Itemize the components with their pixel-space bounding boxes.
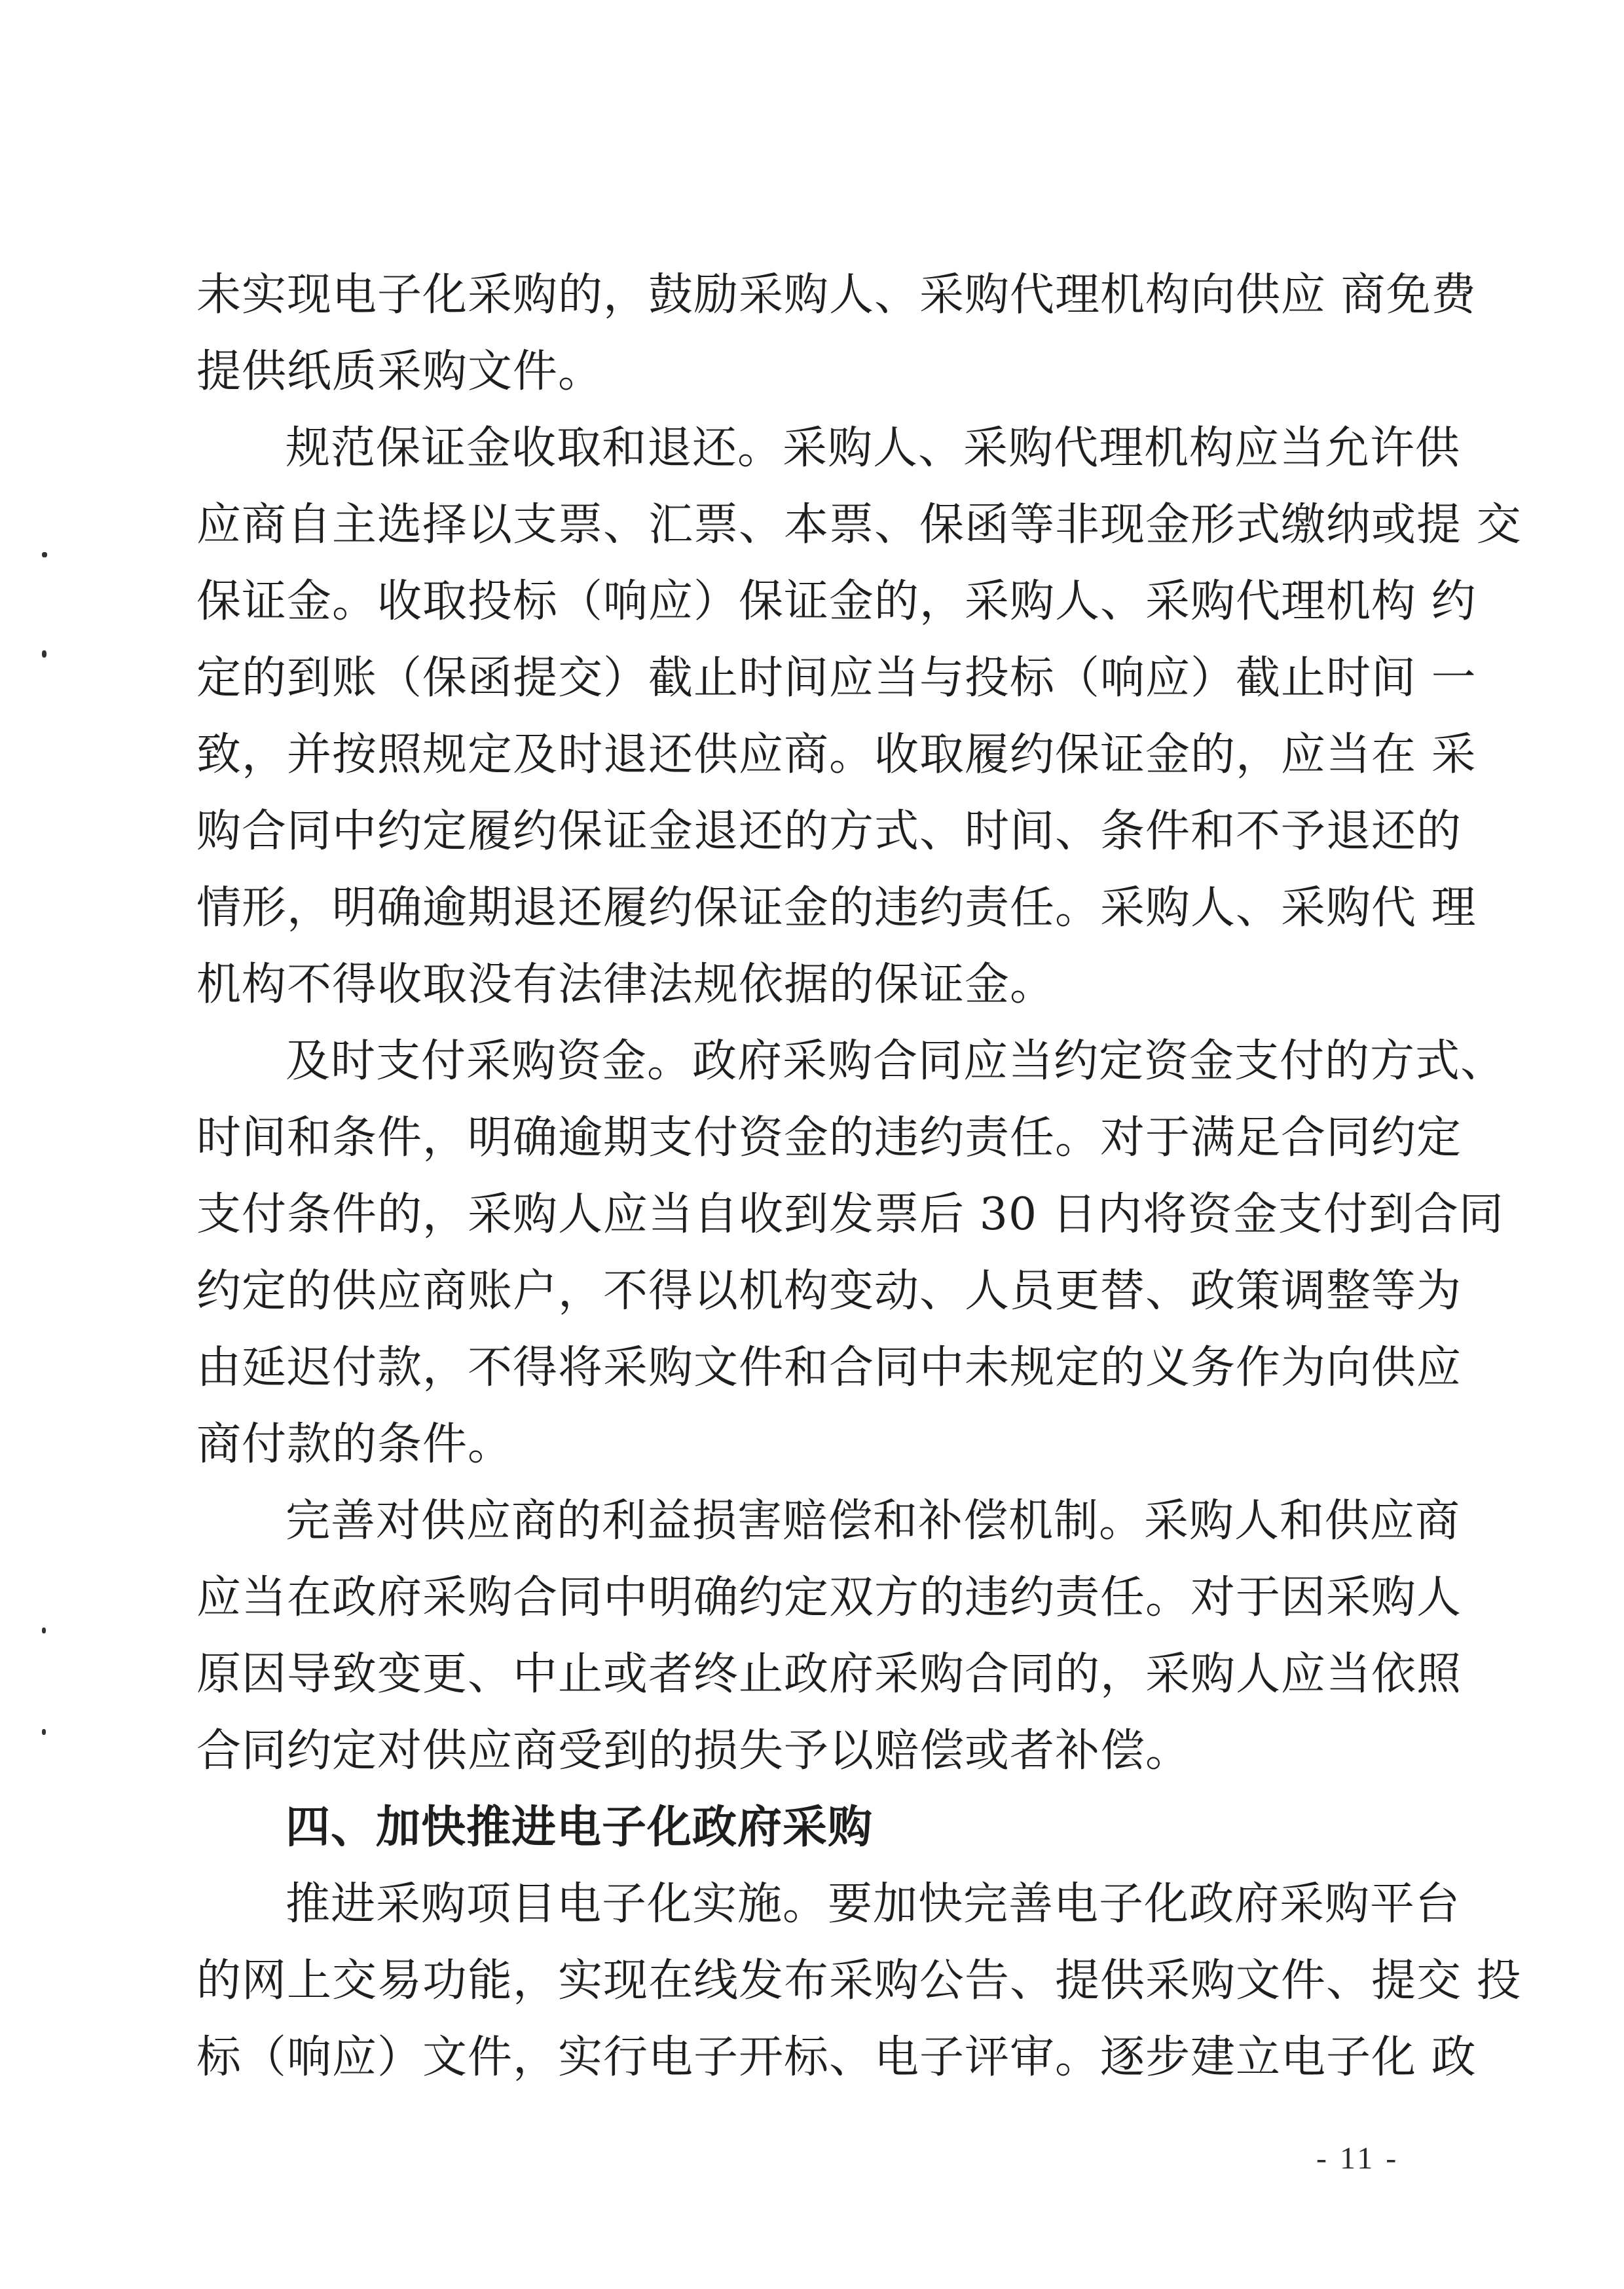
text-line: 未实现电子化采购的，鼓励采购人、采购代理机构向供应 商免费 xyxy=(196,257,1441,333)
text-line: 标（响应）文件，实行电子开标、电子评审。逐步建立电子化 政 xyxy=(196,2019,1441,2096)
text-line: 由延迟付款，不得将采购文件和合同中未规定的义务作为向供应 xyxy=(196,1330,1441,1406)
scan-speck xyxy=(42,650,46,658)
page-number: - 11 - xyxy=(1316,2140,1399,2176)
paragraph-compensation: 完善对供应商的利益损害赔偿和补偿机制。采购人和供应商 应当在政府采购合同中明确约… xyxy=(196,1483,1441,1789)
text-line: 提供纸质采购文件。 xyxy=(196,333,1441,410)
text-line: 时间和条件，明确逾期支付资金的违约责任。对于满足合同约定 xyxy=(196,1100,1441,1176)
text-line: 应当在政府采购合同中明确约定双方的违约责任。对于因采购人 xyxy=(196,1559,1441,1636)
paragraph-continuation: 未实现电子化采购的，鼓励采购人、采购代理机构向供应 商免费 提供纸质采购文件。 xyxy=(196,257,1441,410)
text-line: 商付款的条件。 xyxy=(196,1406,1441,1483)
text-line: 情形，明确逾期退还履约保证金的违约责任。采购人、采购代 理 xyxy=(196,870,1441,946)
paragraph-payment: 及时支付采购资金。政府采购合同应当约定资金支付的方式、 时间和条件，明确逾期支付… xyxy=(196,1023,1441,1483)
text-line: 及时支付采购资金。政府采购合同应当约定资金支付的方式、 xyxy=(196,1023,1441,1100)
text-line: 购合同中约定履约保证金退还的方式、时间、条件和不予退还的 xyxy=(196,793,1441,870)
paragraph-deposit: 规范保证金收取和退还。采购人、采购代理机构应当允许供 应商自主选择以支票、汇票、… xyxy=(196,410,1441,1023)
text-line: 原因导致变更、中止或者终止政府采购合同的，采购人应当依照 xyxy=(196,1636,1441,1713)
scan-speck xyxy=(42,1628,46,1633)
document-body: 未实现电子化采购的，鼓励采购人、采购代理机构向供应 商免费 提供纸质采购文件。 … xyxy=(196,257,1441,2096)
text-line: 的网上交易功能，实现在线发布采购公告、提供采购文件、提交 投 xyxy=(196,1943,1441,2019)
text-line: 完善对供应商的利益损害赔偿和补偿机制。采购人和供应商 xyxy=(196,1483,1441,1559)
text-line: 合同约定对供应商受到的损失予以赔偿或者补偿。 xyxy=(196,1713,1441,1789)
text-line: 机构不得收取没有法律法规依据的保证金。 xyxy=(196,946,1441,1023)
text-line: 规范保证金收取和退还。采购人、采购代理机构应当允许供 xyxy=(196,410,1441,487)
paragraph-e-procurement: 推进采购项目电子化实施。要加快完善电子化政府采购平台 的网上交易功能，实现在线发… xyxy=(196,1866,1441,2096)
text-line: 保证金。收取投标（响应）保证金的，采购人、采购代理机构 约 xyxy=(196,563,1441,640)
text-line: 致，并按照规定及时退还供应商。收取履约保证金的，应当在 采 xyxy=(196,716,1441,793)
section-heading: 四、加快推进电子化政府采购 xyxy=(196,1789,1441,1866)
text-line: 定的到账（保函提交）截止时间应当与投标（响应）截止时间 一 xyxy=(196,640,1441,716)
text-line: 约定的供应商账户，不得以机构变动、人员更替、政策调整等为 xyxy=(196,1253,1441,1330)
text-line: 推进采购项目电子化实施。要加快完善电子化政府采购平台 xyxy=(196,1866,1441,1943)
text-line: 应商自主选择以支票、汇票、本票、保函等非现金形式缴纳或提 交 xyxy=(196,487,1441,563)
scan-speck xyxy=(42,552,47,557)
text-line: 支付条件的，采购人应当自收到发票后 30 日内将资金支付到合同 xyxy=(196,1176,1441,1253)
scan-speck xyxy=(42,1729,46,1735)
